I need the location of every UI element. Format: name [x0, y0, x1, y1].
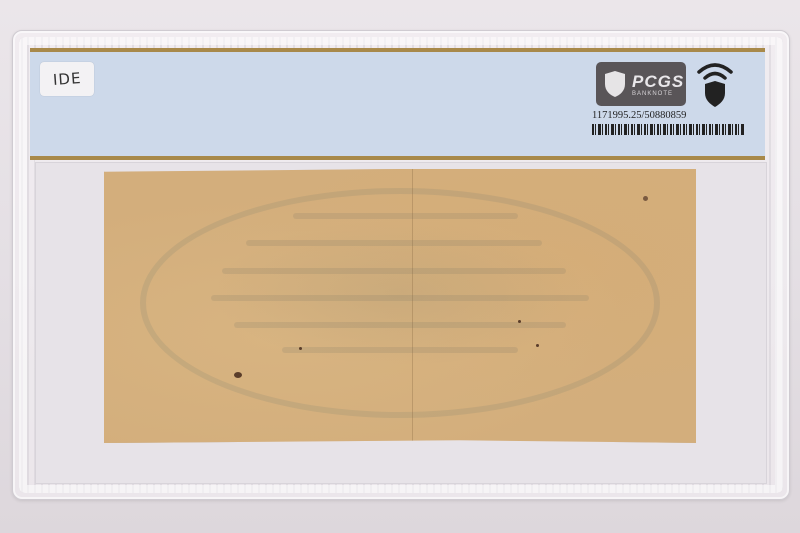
show-through-text — [222, 268, 565, 274]
label-stripe-bottom — [30, 156, 765, 160]
show-through-text — [246, 240, 542, 246]
pcgs-shield-icon — [604, 70, 626, 98]
barcode — [592, 124, 744, 135]
banknote — [104, 169, 696, 443]
pcgs-logo: PCGS BANKNOTE — [596, 62, 686, 106]
note-oval-border — [140, 188, 661, 418]
brand-name: PCGS — [632, 72, 684, 92]
show-through-text — [282, 347, 519, 353]
cert-number: 1171995.25/50880859 — [592, 110, 686, 121]
stain — [234, 372, 242, 378]
label-stripe-top — [30, 48, 765, 52]
grading-label: IDE PCGS BANKNOTE 1171995.25/50880859 — [30, 48, 765, 160]
stain — [643, 196, 648, 201]
show-through-text — [234, 322, 566, 328]
show-through-text — [211, 295, 590, 301]
nfc-shield-icon — [694, 60, 736, 110]
handwritten-sticker: IDE — [40, 62, 94, 96]
note-fold — [412, 169, 413, 443]
sticker-text: IDE — [52, 69, 82, 89]
show-through-text — [293, 213, 518, 219]
brand-subtitle: BANKNOTE — [632, 91, 684, 97]
